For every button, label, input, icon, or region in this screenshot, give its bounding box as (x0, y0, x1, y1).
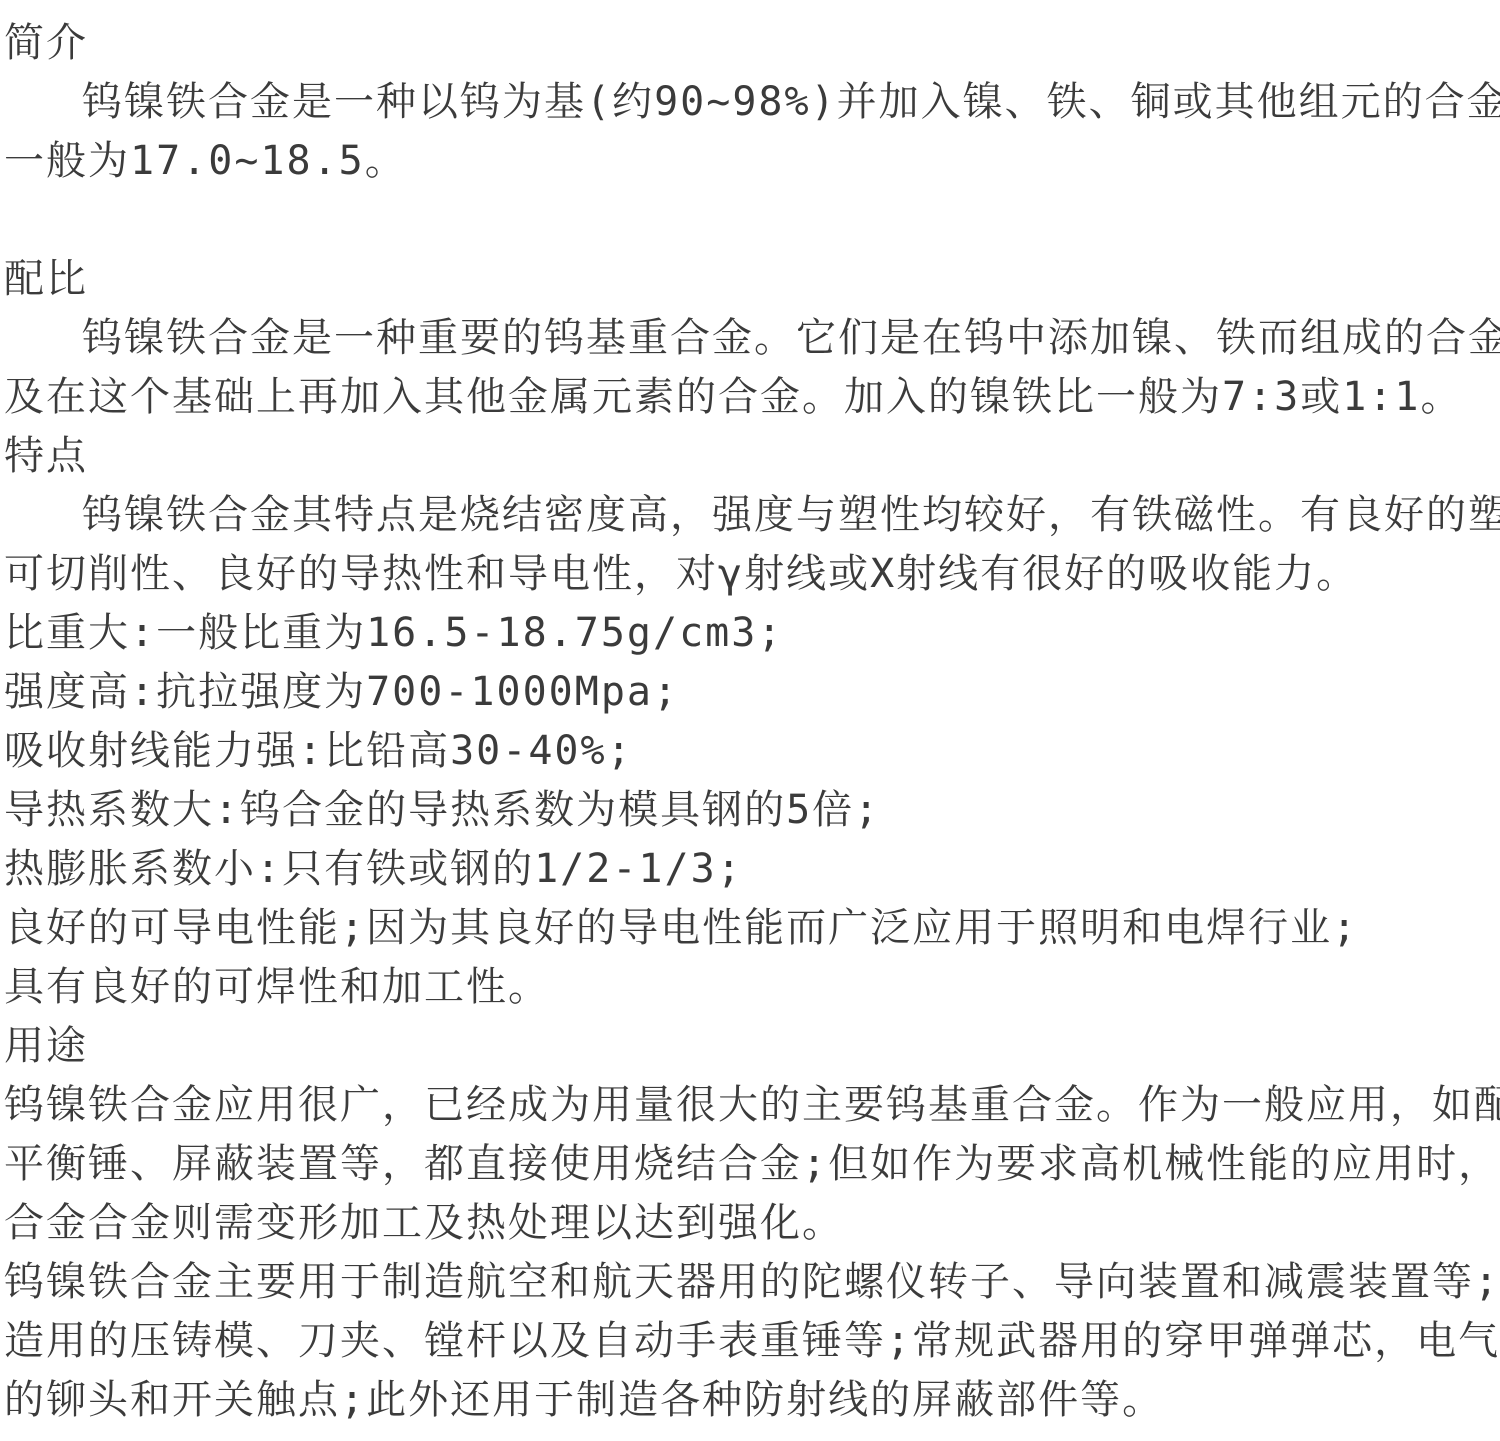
feature-item-strength: 强度高:抗拉强度为700-1000Mpa; (4, 663, 1482, 722)
feature-item-ray-absorption: 吸收射线能力强:比铅高30-40%; (4, 722, 1482, 781)
blank-line (4, 191, 1482, 250)
text-line: 及在这个基础上再加入其他金属元素的合金。加入的镍铁比一般为7:3或1:1。 (4, 368, 1482, 427)
feature-item-weldability: 具有良好的可焊性和加工性。 (4, 958, 1482, 1017)
text-line: 钨镍铁合金是一种重要的钨基重合金。它们是在钨中添加镍、铁而组成的合金，以 (4, 309, 1482, 368)
text-line: 可切削性、良好的导热性和导电性，对γ射线或X射线有很好的吸收能力。 (4, 545, 1482, 604)
section-ratio: 配比 钨镍铁合金是一种重要的钨基重合金。它们是在钨中添加镍、铁而组成的合金，以 … (4, 250, 1482, 427)
text-line: 钨镍铁合金主要用于制造航空和航天器用的陀螺仪转子、导向装置和减震装置等;机械制 (4, 1253, 1482, 1312)
text-line: 钨镍铁合金应用很广，已经成为用量很大的主要钨基重合金。作为一般应用，如配重、 (4, 1076, 1482, 1135)
text-line: 造用的压铸模、刀夹、镗杆以及自动手表重锤等;常规武器用的穿甲弹弹芯，电气产品用 (4, 1312, 1482, 1371)
section-heading-intro: 简介 (4, 14, 1482, 73)
section-uses: 用途 钨镍铁合金应用很广，已经成为用量很大的主要钨基重合金。作为一般应用，如配重… (4, 1017, 1482, 1430)
section-features: 特点 钨镍铁合金其特点是烧结密度高，强度与塑性均较好，有铁磁性。有良好的塑性和 … (4, 427, 1482, 1017)
section-intro: 简介 钨镍铁合金是一种以钨为基(约90~98%)并加入镍、铁、铜或其他组元的合金… (4, 14, 1482, 250)
section-heading-features: 特点 (4, 427, 1482, 486)
feature-item-density: 比重大:一般比重为16.5-18.75g/cm3; (4, 604, 1482, 663)
text-line: 的铆头和开关触点;此外还用于制造各种防射线的屏蔽部件等。 (4, 1371, 1482, 1430)
section-heading-uses: 用途 (4, 1017, 1482, 1076)
feature-item-electrical-conductivity: 良好的可导电性能;因为其良好的导电性能而广泛应用于照明和电焊行业; (4, 899, 1482, 958)
text-line: 钨镍铁合金是一种以钨为基(约90~98%)并加入镍、铁、铜或其他组元的合金，比重 (4, 73, 1482, 132)
section-heading-ratio: 配比 (4, 250, 1482, 309)
text-line: 一般为17.0~18.5。 (4, 132, 1482, 191)
feature-item-thermal-expansion: 热膨胀系数小:只有铁或钢的1/2-1/3; (4, 840, 1482, 899)
document-page: 简介 钨镍铁合金是一种以钨为基(约90~98%)并加入镍、铁、铜或其他组元的合金… (0, 0, 1500, 1441)
text-line: 钨镍铁合金其特点是烧结密度高，强度与塑性均较好，有铁磁性。有良好的塑性和 (4, 486, 1482, 545)
feature-item-thermal-conductivity: 导热系数大:钨合金的导热系数为模具钢的5倍; (4, 781, 1482, 840)
text-line: 合金合金则需变形加工及热处理以达到强化。 (4, 1194, 1482, 1253)
text-line: 平衡锤、屏蔽装置等，都直接使用烧结合金;但如作为要求高机械性能的应用时，钨镍铁 (4, 1135, 1482, 1194)
